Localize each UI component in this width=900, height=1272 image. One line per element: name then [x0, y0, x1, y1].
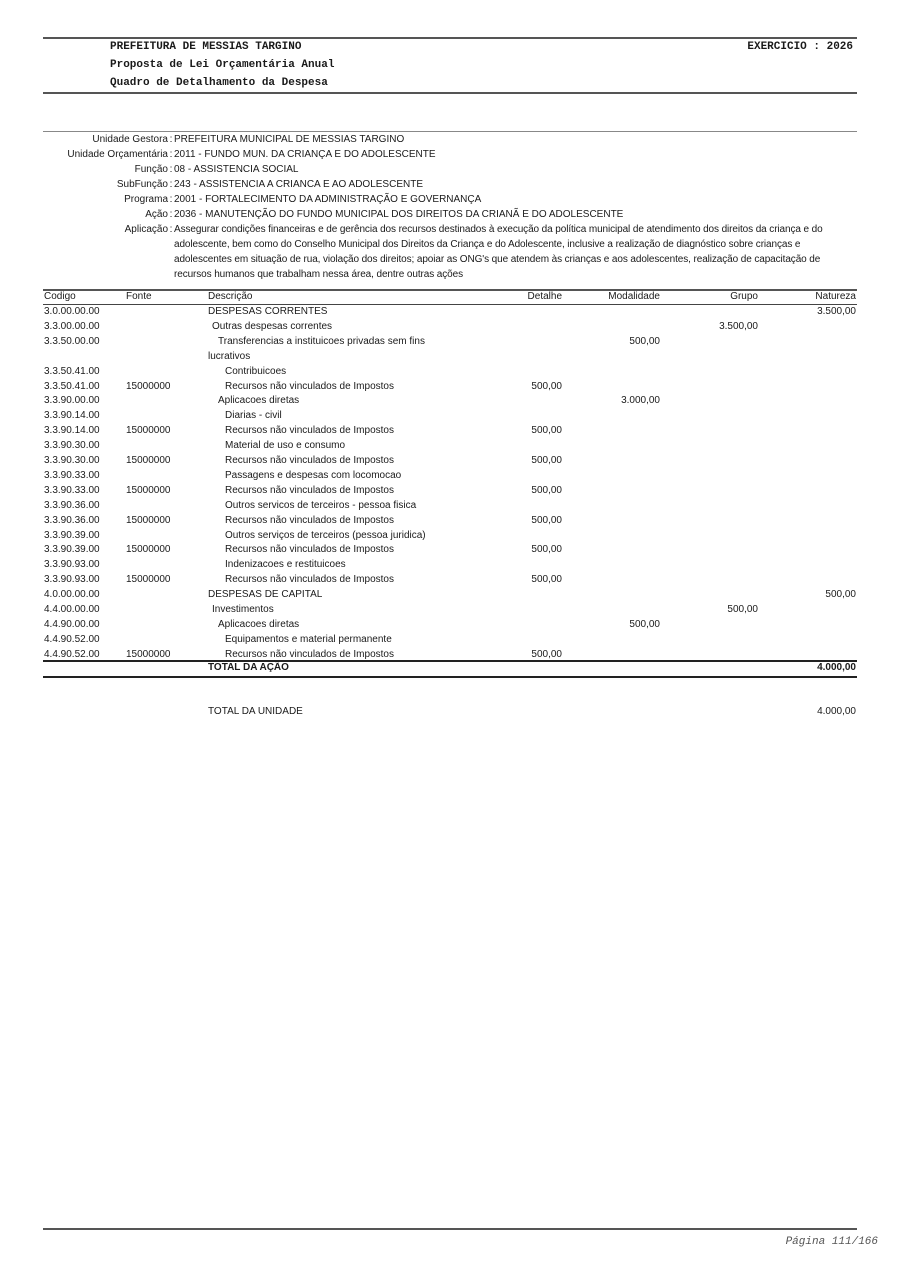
total-bottom-rule	[43, 676, 857, 678]
row-codigo: 3.3.90.39.00	[44, 544, 100, 555]
row-detalhe: 500,00	[490, 544, 562, 555]
info-label: Função	[0, 162, 168, 177]
row-descricao: Equipamentos e material permanente	[225, 634, 392, 645]
info-value: 2036 - MANUTENÇÃO DO FUNDO MUNICIPAL DOS…	[174, 207, 856, 222]
row-detalhe: 500,00	[490, 485, 562, 496]
row-modalidade: 3.000,00	[580, 395, 660, 406]
col-header-descricao: Descrição	[208, 291, 252, 302]
row-codigo: 4.4.90.00.00	[44, 619, 100, 630]
col-header-grupo: Grupo	[680, 291, 758, 302]
row-descricao: Diarias - civil	[225, 410, 282, 421]
row-descricao: Outros servicos de terceiros - pessoa fi…	[225, 500, 416, 511]
row-codigo: 3.3.90.30.00	[44, 440, 100, 451]
row-fonte: 15000000	[126, 455, 171, 466]
row-codigo: 3.0.00.00.00	[44, 306, 100, 317]
row-descricao: Recursos não vinculados de Impostos	[225, 515, 394, 526]
page-number: Página 111/166	[786, 1236, 878, 1248]
row-codigo: 3.3.90.30.00	[44, 455, 100, 466]
row-codigo: 3.3.50.41.00	[44, 381, 100, 392]
row-descricao: Recursos não vinculados de Impostos	[225, 381, 394, 392]
row-descricao: Outros serviços de terceiros (pessoa jur…	[225, 530, 426, 541]
row-descricao: Recursos não vinculados de Impostos	[225, 455, 394, 466]
total-unidade-label: TOTAL DA UNIDADE	[208, 706, 303, 717]
total-unidade-value: 4.000,00	[756, 706, 856, 717]
info-label: Unidade Orçamentária	[0, 147, 168, 162]
row-codigo: 4.4.90.52.00	[44, 649, 100, 660]
info-label: Programa	[0, 192, 168, 207]
document-subtitle: Quadro de Detalhamento da Despesa	[110, 77, 328, 89]
row-natureza: 3.500,00	[756, 306, 856, 317]
row-codigo: 3.3.90.36.00	[44, 500, 100, 511]
row-descricao-continuation: lucrativos	[208, 351, 250, 362]
row-descricao: Aplicacoes diretas	[218, 619, 299, 630]
table-header-rule	[43, 304, 857, 305]
row-descricao: Contribuicoes	[225, 366, 286, 377]
document-title: Proposta de Lei Orçamentária Anual	[110, 59, 334, 71]
info-label: Unidade Gestora	[0, 132, 168, 147]
row-natureza: 500,00	[756, 589, 856, 600]
row-codigo: 3.3.90.93.00	[44, 574, 100, 585]
row-fonte: 15000000	[126, 649, 171, 660]
row-descricao: Material de uso e consumo	[225, 440, 345, 451]
info-value: 2011 - FUNDO MUN. DA CRIANÇA E DO ADOLES…	[174, 147, 856, 162]
row-codigo: 4.4.90.52.00	[44, 634, 100, 645]
row-detalhe: 500,00	[490, 425, 562, 436]
row-codigo: 3.3.90.39.00	[44, 530, 100, 541]
row-detalhe: 500,00	[490, 515, 562, 526]
row-codigo: 3.3.90.36.00	[44, 515, 100, 526]
total-acao-label: TOTAL DA AÇÃO	[208, 662, 289, 673]
info-value: 08 - ASSISTENCIA SOCIAL	[174, 162, 856, 177]
row-modalidade: 500,00	[580, 619, 660, 630]
row-codigo: 3.3.90.93.00	[44, 559, 100, 570]
row-codigo: 3.3.90.33.00	[44, 470, 100, 481]
col-header-natureza: Natureza	[776, 291, 856, 302]
row-grupo: 500,00	[680, 604, 758, 615]
info-value: PREFEITURA MUNICIPAL DE MESSIAS TARGINO	[174, 132, 856, 147]
row-descricao: DESPESAS CORRENTES	[208, 306, 327, 317]
row-descricao: Passagens e despesas com locomocao	[225, 470, 401, 481]
row-descricao: Transferencias a instituicoes privadas s…	[218, 336, 425, 347]
info-value: Assegurar condições financeiras e de ger…	[174, 222, 856, 282]
row-codigo: 3.3.50.41.00	[44, 366, 100, 377]
exercise-year: EXERCICIO : 2026	[747, 41, 853, 53]
info-label: SubFunção	[0, 177, 168, 192]
row-grupo: 3.500,00	[680, 321, 758, 332]
row-descricao: Recursos não vinculados de Impostos	[225, 485, 394, 496]
total-acao-value: 4.000,00	[756, 662, 856, 673]
row-codigo: 4.0.00.00.00	[44, 589, 100, 600]
col-header-detalhe: Detalhe	[490, 291, 562, 302]
row-descricao: Aplicacoes diretas	[218, 395, 299, 406]
row-descricao: Investimentos	[212, 604, 274, 615]
col-header-codigo: Codigo	[44, 291, 76, 302]
row-descricao: Recursos não vinculados de Impostos	[225, 544, 394, 555]
row-detalhe: 500,00	[490, 649, 562, 660]
row-descricao: Recursos não vinculados de Impostos	[225, 649, 394, 660]
row-detalhe: 500,00	[490, 455, 562, 466]
info-value: 243 - ASSISTENCIA A CRIANCA E AO ADOLESC…	[174, 177, 856, 192]
row-codigo: 4.4.00.00.00	[44, 604, 100, 615]
col-header-fonte: Fonte	[126, 291, 152, 302]
footer-rule	[43, 1228, 857, 1230]
org-name: PREFEITURA DE MESSIAS TARGINO	[110, 41, 301, 53]
row-descricao: Recursos não vinculados de Impostos	[225, 574, 394, 585]
row-codigo: 3.3.90.00.00	[44, 395, 100, 406]
row-fonte: 15000000	[126, 515, 171, 526]
row-fonte: 15000000	[126, 485, 171, 496]
row-fonte: 15000000	[126, 544, 171, 555]
row-codigo: 3.3.00.00.00	[44, 321, 100, 332]
row-fonte: 15000000	[126, 381, 171, 392]
info-value: 2001 - FORTALECIMENTO DA ADMINISTRAÇÃO E…	[174, 192, 856, 207]
row-descricao: Outras despesas correntes	[212, 321, 332, 332]
header-bottom-rule	[43, 92, 857, 94]
info-label: Ação	[0, 207, 168, 222]
row-descricao: Recursos não vinculados de Impostos	[225, 425, 394, 436]
col-header-modalidade: Modalidade	[580, 291, 660, 302]
total-top-rule	[43, 660, 857, 662]
row-descricao: Indenizacoes e restituicoes	[225, 559, 346, 570]
row-fonte: 15000000	[126, 574, 171, 585]
row-detalhe: 500,00	[490, 381, 562, 392]
row-codigo: 3.3.90.14.00	[44, 425, 100, 436]
row-modalidade: 500,00	[580, 336, 660, 347]
row-codigo: 3.3.50.00.00	[44, 336, 100, 347]
row-codigo: 3.3.90.14.00	[44, 410, 100, 421]
row-detalhe: 500,00	[490, 574, 562, 585]
row-fonte: 15000000	[126, 425, 171, 436]
row-codigo: 3.3.90.33.00	[44, 485, 100, 496]
header-top-rule	[43, 37, 857, 39]
row-descricao: DESPESAS DE CAPITAL	[208, 589, 322, 600]
info-label: Aplicação	[0, 222, 168, 237]
